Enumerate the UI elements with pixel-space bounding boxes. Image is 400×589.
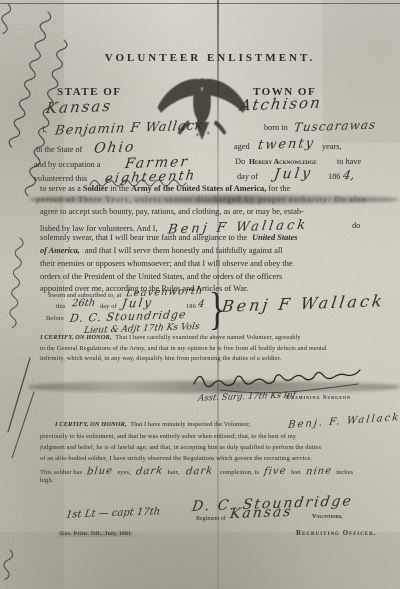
years-label: years, [322, 142, 342, 151]
inspect-cert-rest: That I have minutely inspected the Volun… [130, 421, 251, 428]
description-line-end: high. [40, 477, 53, 484]
hair-label: hair, [168, 469, 180, 476]
oath1-text: solemnly swear, that I will bear true fa… [40, 233, 247, 242]
state-value: Kansas [45, 97, 114, 117]
sworn-day-of-label: day of [100, 303, 117, 310]
inspect-cert-line-2: previously to his enlistment, and that h… [40, 433, 380, 440]
serve-post: for the [266, 184, 290, 193]
sworn-before-label: Before [46, 315, 64, 322]
volunteered-label: volunteered this [34, 174, 87, 183]
birthplace-value: Tuscarawas [293, 118, 377, 135]
aged-label: aged [234, 142, 250, 151]
recruiting-officer-label: Recruiting Officer. [296, 529, 377, 537]
feet-label: feet [291, 469, 301, 476]
town-value: Atchison [239, 94, 323, 115]
oath-line-2: of America, and that I will serve them h… [40, 246, 380, 255]
soldier-has-label: This soldier has [40, 469, 82, 476]
serve-pre: to serve as a [40, 184, 83, 193]
acknowledge-pre: Do [235, 157, 245, 166]
description-line: This soldier has blue eyes, dark hair, d… [40, 466, 385, 477]
complexion-value: dark [185, 465, 214, 477]
enlistment-line-1: I, Benjamin F Wallack born in Tuscarawas [42, 121, 398, 136]
height-feet-value: five [263, 466, 287, 478]
surgeon-title-hand: Asst. Surg. 17th Ks Inf [197, 390, 296, 403]
oath-line-4: orders of the President of the United St… [40, 272, 380, 281]
inspect-cert-line-3: judgment and belief, he is of lawful age… [40, 444, 385, 451]
eyes-value: blue [86, 466, 114, 478]
volunteers-label: Volunteers, [312, 514, 343, 520]
acknowledge-post: to have [337, 157, 361, 166]
day-of-label: day of [237, 172, 258, 181]
complexion-label: complexion, is [220, 469, 259, 476]
hair-value: dark [135, 465, 164, 477]
period-line-smudged: period of Three Years, unless sooner dis… [36, 195, 386, 204]
oath2-bold: of America, [40, 246, 80, 255]
imprint-label: Gov. Print. Off., July, 1861 [58, 531, 133, 537]
oath-line-3: their enemies or opposers whomsoever; an… [40, 259, 380, 268]
inspect-cert-line-4: of an able-bodied soldier, I have strict… [40, 455, 380, 462]
enlistment-document: VOLUNTEER ENLISTMENT. STATE OF Kansas TO… [0, 0, 400, 589]
officer-rank-hand: 1st Lt — capt 17th [65, 506, 161, 520]
enlistment-line-2: in the State of Ohio aged twenty years, [36, 140, 396, 156]
year-hand: 4, [342, 168, 355, 182]
sworn-this-label: this [56, 303, 66, 310]
regiment-of-label: Regiment of [196, 516, 226, 522]
page-title: VOLUNTEER ENLISTMENT. [20, 52, 400, 64]
year-print: 186 [328, 172, 340, 181]
oath-line-1: solemnly swear, that I will bear true fa… [40, 233, 380, 242]
sworn-year-hand: 4 [197, 299, 205, 310]
exam-cert-line-2: to the General Regulations of the Army, … [40, 345, 385, 352]
i-label: I, [42, 125, 47, 134]
law-pre: lished by law for volunteers. And I, [40, 224, 158, 233]
volunteer-signature: Benj F Wallack [221, 291, 386, 316]
examining-surgeon-label: Examining Surgeon [286, 395, 351, 401]
do-label: do [352, 221, 360, 230]
inspect-volunteer-name: Benj. F. Wallack [288, 412, 400, 431]
inches-label: inches [336, 469, 353, 476]
exam-cert-line-1: I CERTIFY, ON HONOR, That I have careful… [40, 334, 380, 341]
interlined-handwriting-icon [88, 176, 198, 188]
oath2-text: and that I will serve them honestly and … [85, 246, 283, 255]
exam-cert-lead: I CERTIFY, ON HONOR, [40, 334, 112, 341]
exam-cert-rest: That I have carefully examined the above… [115, 334, 300, 341]
regiment-state-value: Kansas [229, 504, 294, 522]
volunteer-name: Benjamin F Wallack [54, 118, 205, 138]
occupation-label: and by occupation a [34, 160, 101, 169]
oath1-bold: United States [252, 233, 297, 242]
in-state-of-label: in the State of [36, 145, 82, 154]
bounty-line: agree to accept such bounty, pay, ration… [40, 207, 380, 216]
age-value: twenty [257, 136, 316, 153]
enlistment-line-3: and by occupation a Farmer Do Hereby Ack… [34, 155, 394, 171]
exam-cert-line-3: infirmity, which would, in any way, disq… [40, 355, 380, 362]
sworn-day: 26th [71, 298, 96, 310]
born-in-label: born in [264, 123, 288, 132]
enlist-month-value: July [273, 165, 314, 182]
height-inches-value: nine [305, 466, 333, 478]
inspect-cert-lead: I CERTIFY, ON HONOR, [55, 421, 127, 428]
eyes-label: eyes, [117, 469, 130, 476]
